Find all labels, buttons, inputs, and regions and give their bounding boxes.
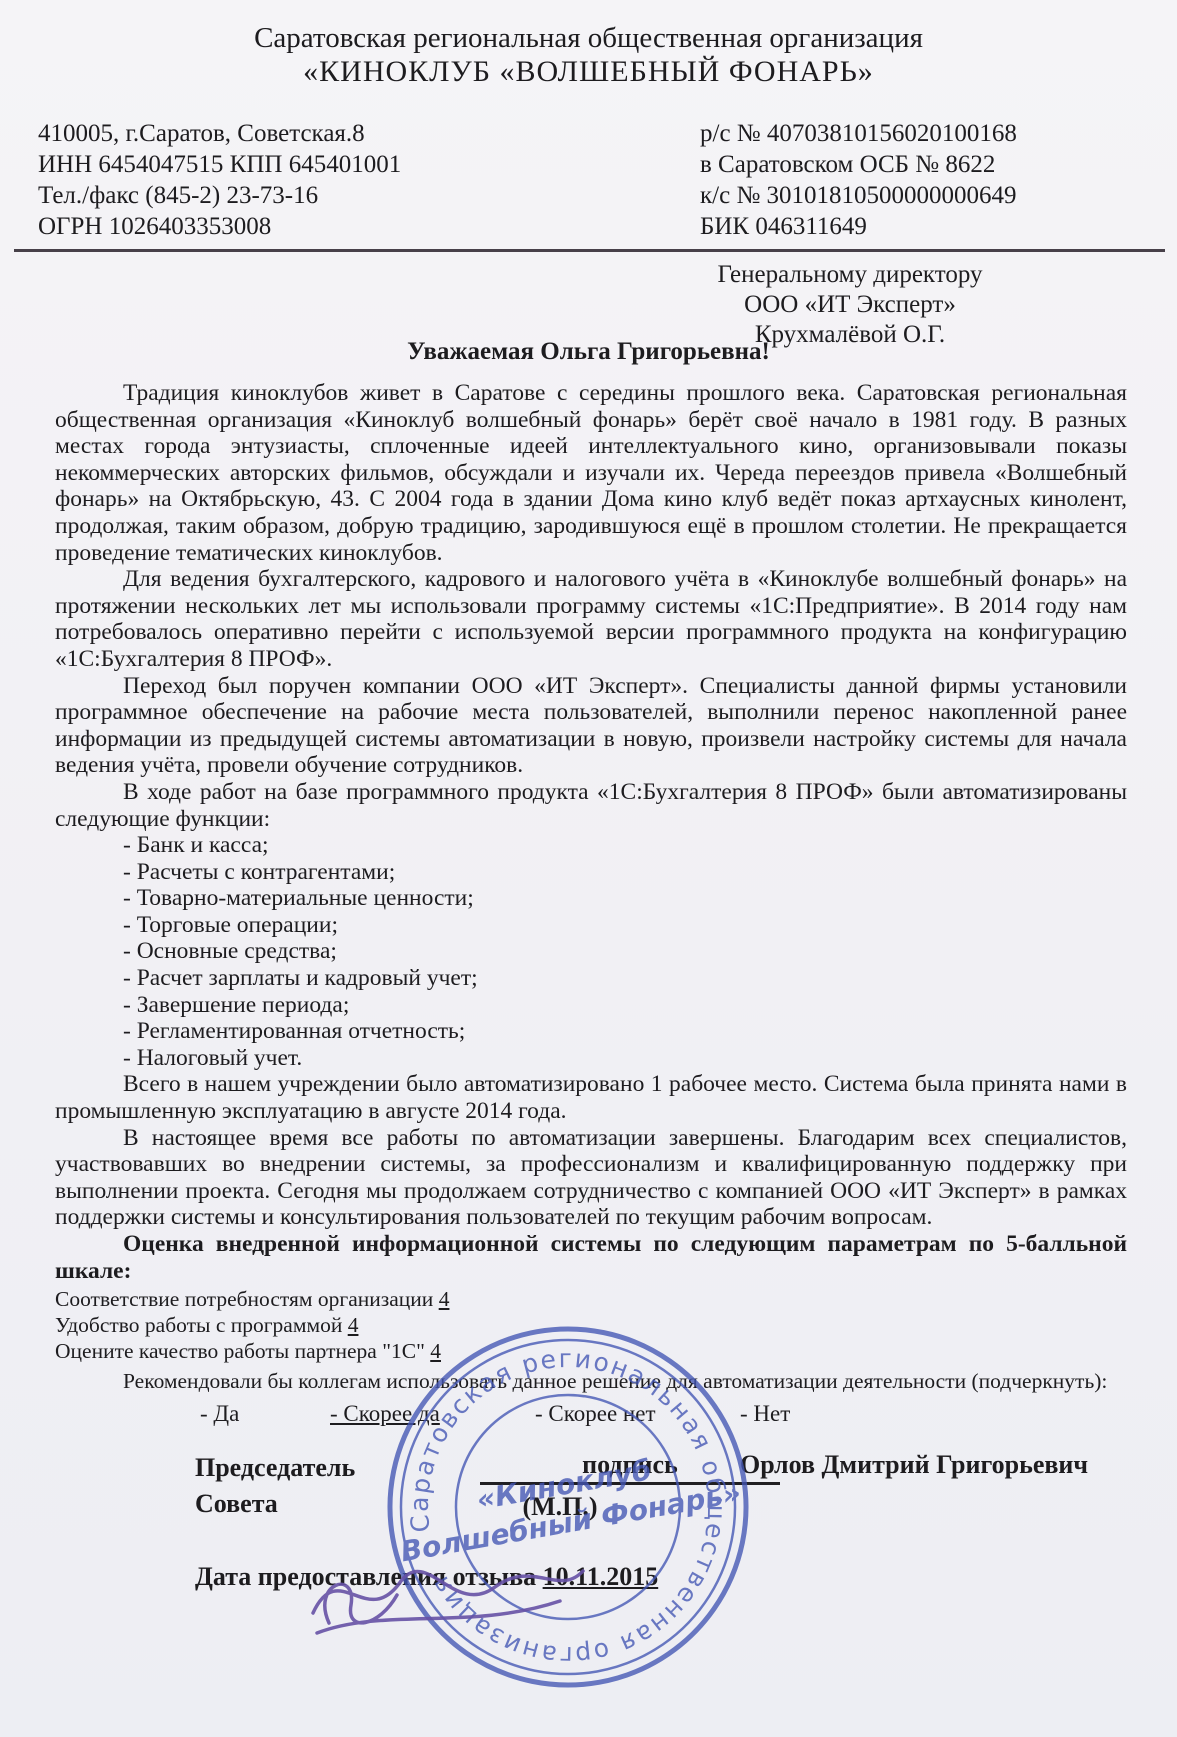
org-phone: Тел./факс (845-2) 23-73-16: [38, 180, 401, 211]
paragraph-functions-intro: В ходе работ на базе программного продук…: [55, 779, 1127, 832]
option-no: - Нет: [740, 1401, 790, 1428]
addressee-position: Генеральному директору: [620, 260, 1080, 290]
list-item: - Банк и касса;: [55, 832, 1127, 859]
rating-row: Соответствие потребностям организации 4: [55, 1286, 1127, 1312]
rating-label: Соответствие потребностям организации: [55, 1287, 433, 1311]
rating-value: 4: [439, 1287, 450, 1311]
org-ogrn: ОГРН 1026403353008: [38, 211, 401, 242]
functions-list: - Банк и касса; - Расчеты с контрагентам…: [55, 832, 1127, 1071]
paragraph-workplaces: Всего в нашем учреждении было автоматизи…: [55, 1071, 1127, 1124]
org-inn-kpp: ИНН 6454047515 КПП 645401001: [38, 149, 401, 180]
signer-name: Орлов Дмитрий Григорьевич: [740, 1450, 1088, 1480]
list-item: - Товарно-материальные ценности;: [55, 885, 1127, 912]
list-item: - Регламентированная отчетность;: [55, 1018, 1127, 1045]
list-item: - Торговые операции;: [55, 912, 1127, 939]
bank-corr-account: к/с № 30101810500000000649: [700, 180, 1017, 211]
bank-account: р/с № 40703810156020100168: [700, 118, 1017, 149]
addressee-company: ООО «ИТ Эксперт»: [620, 290, 1080, 320]
org-address: 410005, г.Саратов, Советская.8: [38, 118, 401, 149]
list-item: - Налоговый учет.: [55, 1045, 1127, 1072]
salutation: Уважаемая Ольга Григорьевна!: [0, 338, 1177, 366]
addressee-block: Генеральному директору ООО «ИТ Эксперт» …: [620, 260, 1080, 350]
bank-details: р/с № 40703810156020100168 в Саратовском…: [700, 118, 1017, 242]
bank-branch: в Саратовском ОСБ № 8622: [700, 149, 1017, 180]
rating-label: Удобство работы с программой: [55, 1313, 342, 1337]
letter-body: Традиция киноклубов живет в Саратове с с…: [55, 380, 1127, 1435]
option-yes: - Да: [200, 1401, 239, 1428]
list-item: - Основные средства;: [55, 938, 1127, 965]
paragraph-accounting: Для ведения бухгалтерского, кадрового и …: [55, 566, 1127, 672]
handwritten-signature: [305, 1535, 595, 1650]
paragraph-completion: В настоящее время все работы по автомати…: [55, 1125, 1127, 1231]
org-title-line2: «КИНОКЛУБ «ВОЛШЕБНЫЙ ФОНАРЬ»: [0, 55, 1177, 90]
list-item: - Расчеты с контрагентами;: [55, 859, 1127, 886]
signer-role: Председатель Совета: [195, 1450, 355, 1522]
list-item: - Завершение периода;: [55, 992, 1127, 1019]
paragraph-history: Традиция киноклубов живет в Саратове с с…: [55, 380, 1127, 566]
org-contact-info: 410005, г.Саратов, Советская.8 ИНН 64540…: [38, 118, 401, 242]
rating-value: 4: [348, 1313, 359, 1337]
round-stamp: Саратовская региональная общественная ор…: [354, 1293, 783, 1722]
paragraph-transition: Переход был поручен компании ООО «ИТ Экс…: [55, 673, 1127, 779]
bank-bik: БИК 046311649: [700, 211, 1017, 242]
scanned-letter-page: Саратовская региональная общественная ор…: [0, 0, 1177, 1737]
header-divider: [14, 249, 1165, 252]
org-title-line1: Саратовская региональная общественная ор…: [0, 22, 1177, 55]
list-item: - Расчет зарплаты и кадровый учет;: [55, 965, 1127, 992]
rating-heading: Оценка внедренной информационной системы…: [55, 1231, 1127, 1284]
letterhead: Саратовская региональная общественная ор…: [0, 0, 1177, 90]
